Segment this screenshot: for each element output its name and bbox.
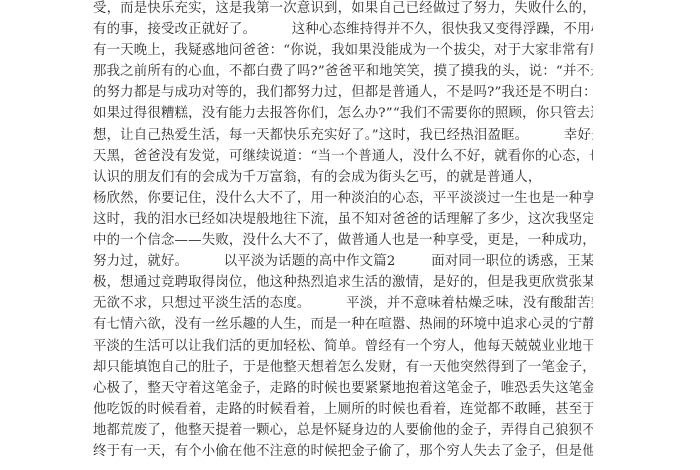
text-line-3: 有一天晚上，我疑惑地问爸爸：“你说，我如果没能成为一个拔尖，对于大家非常有用的人… — [93, 40, 593, 61]
text-line-22: 终于有一天，有个小偷在他不注意的时候把金子偷了，那个穷人失去了金子，但是他好像 — [93, 441, 593, 462]
text-line-14: 极，想通过竞聘取得岗位，他这种热烈追求生活的激情，是好的，但是我更欣赏张某这种 — [93, 272, 593, 293]
text-line-12: 中的一个信念——失败，没什么大不了，做普通人也是一种享受，更是，一种成功，只要 — [93, 230, 593, 251]
text-line-6: 如果过得很糟糕，没有能力去报答你们，怎么办?”“我们不需要你的照顾，你只管去追逐… — [93, 103, 593, 124]
text-line-8: 天黑，爸爸没有发觉，可继续说道：“当一个普通人，没什么不好，就看你的心态，也许你 — [93, 146, 593, 167]
text-line-21: 地都荒废了，他整天提着一颗心，总是怀疑身边的人要偷他的金子，弄得自己狼狈不堪， — [93, 420, 593, 441]
text-line-15: 无欲不求，只想过平淡生活的态度。 平淡，并不意味着枯燥乏味，没有酸甜苦辣，没 — [93, 293, 593, 314]
text-line-16: 有七情六欲，没有一丝乐趣的人生，而是一种在喧嚣、热闹的环境中追求心灵的宁静。 — [93, 314, 593, 335]
text-line-19: 心极了，整天守着这笔金子，走路的时候也要紧紧地抱着这笔金子，唯恐丢失这笔金子， — [93, 378, 593, 399]
essay-text-block: 受，而是快乐充实，这是我第一次意识到，如果自己已经做过了努力，失败什么的，是常 … — [93, 0, 593, 462]
text-line-13: 努力过，就好。 以平淡为话题的高中作文篇2 面对同一职位的诱惑，王某态度积 — [93, 251, 593, 272]
text-line-2: 有的事，接受改正就好了。 这种心态维持得并不久，很快我又变得浮躁，不用心了。 — [93, 19, 593, 40]
text-line-18: 却只能填饱自己的肚子，于是他整天想着怎么发财，有一天他突然得到了一笔金子，他开 — [93, 357, 593, 378]
text-line-9: 认识的朋友们有的会成为千万富翁，有的会成为街头乞丐，的就是普通人， — [93, 167, 593, 188]
text-line-5: 的努力都是与成功对等的，我们都努力过，但都是普通人，不是吗?”我还是不明白：“可… — [93, 82, 593, 103]
text-line-1: 受，而是快乐充实，这是我第一次意识到，如果自己已经做过了努力，失败什么的，是常 — [93, 0, 593, 19]
text-line-20: 他吃饭的时候看着，走路的时候看着，上厕所的时候也看着，连觉都不敢睡，甚至于把田 — [93, 399, 593, 420]
document-page: 受，而是快乐充实，这是我第一次意识到，如果自己已经做过了努力，失败什么的，是常 … — [0, 0, 700, 470]
text-line-7: 想，让自己热爱生活，每一天都快乐充实好了。”这时，我已经热泪盈眶。 幸好是晚上， — [93, 125, 593, 146]
text-line-11: 这时，我的泪水已经如决堤般地往下流，虽不知对爸爸的话理解了多少，这次我坚定了心 — [93, 209, 593, 230]
text-line-4: 那我之前所有的心血，不都白费了吗?”爸爸平和地笑笑，摸了摸我的头，说：“并不是所… — [93, 61, 593, 82]
text-line-17: 平淡的生活可以让我们活的更加轻松、简单。曾经有一个穷人，他每天兢兢业业地干活， — [93, 336, 593, 357]
text-line-10: 杨欣然，你要记住，没什么大不了，用一种淡泊的心态，平平淡淡过一生也是一种享受。” — [93, 188, 593, 209]
